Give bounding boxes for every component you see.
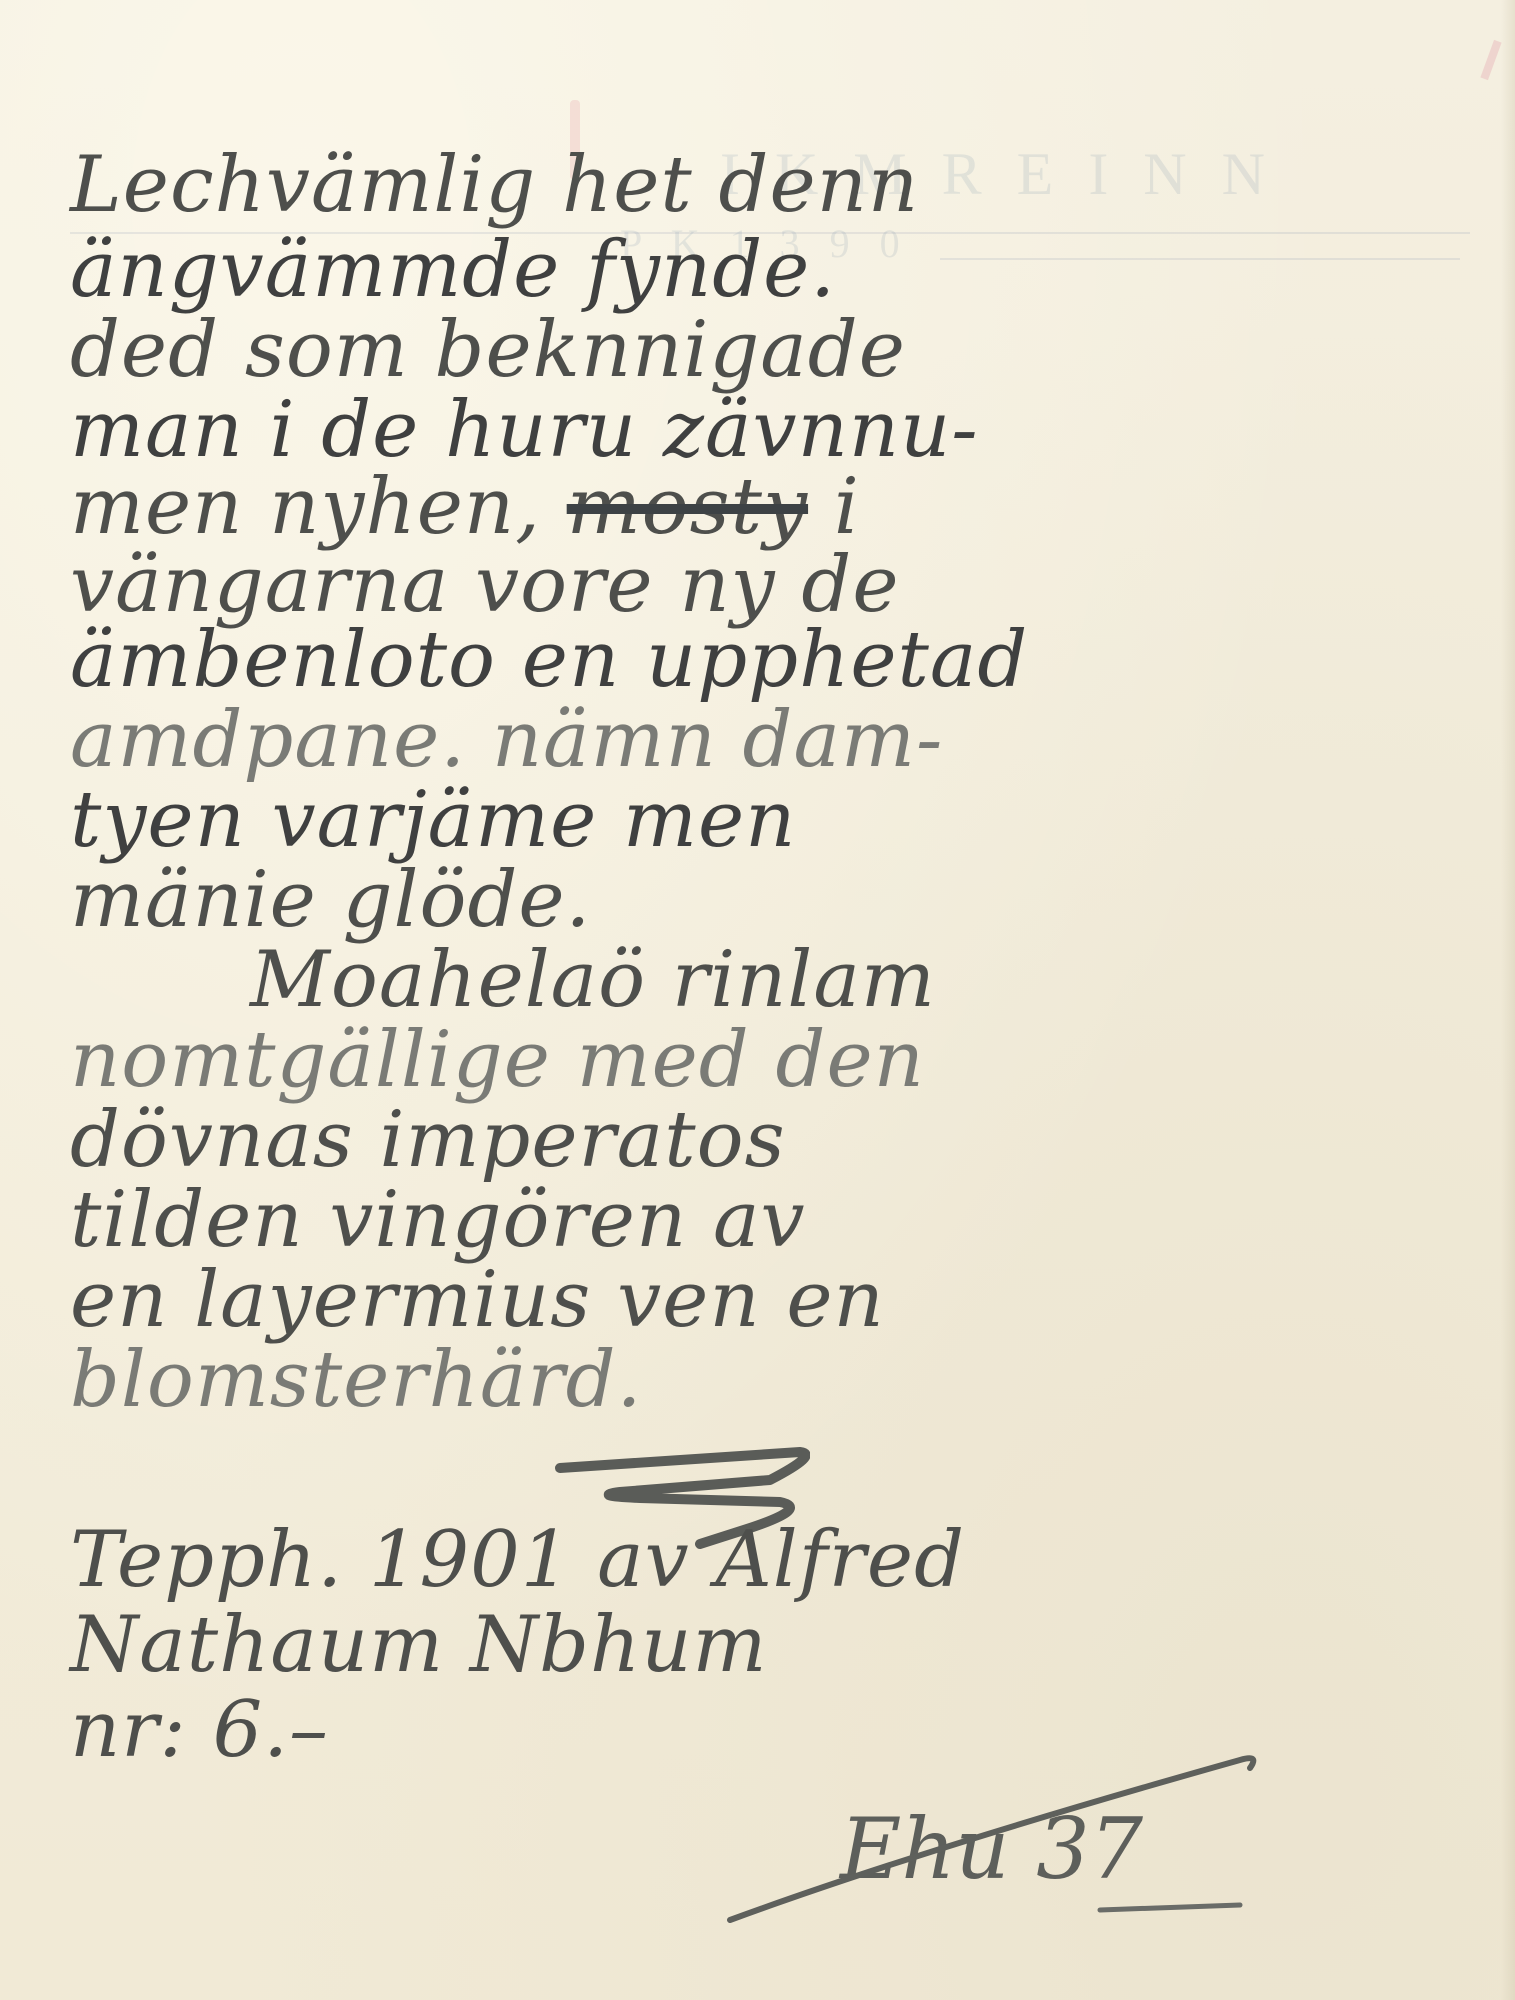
body-line-2: ängvämmde fynde. xyxy=(70,225,836,315)
body-line-5-after: i xyxy=(834,462,860,552)
body-line-14: tilden vingören av xyxy=(70,1175,806,1265)
body-line-5-text: men nyhen, xyxy=(70,462,541,552)
signature-slash-icon xyxy=(720,1740,1280,1940)
body-line-11-indented: Moahelaö rinlam xyxy=(250,935,936,1025)
body-line-9: tyen varjäme men xyxy=(70,775,796,865)
body-line-8: amdpane. nämn dam- xyxy=(70,695,943,785)
footer-line-2: Nathaum Nbhum xyxy=(70,1600,767,1690)
body-line-10: mänie glöde. xyxy=(70,855,591,945)
page-edge-shadow xyxy=(1501,0,1515,2000)
body-line-3: ded som beknnigade xyxy=(70,305,906,395)
body-line-1: Lechvämlig het denn xyxy=(70,140,919,230)
body-line-7: ämbenloto en upphetad xyxy=(70,615,1028,705)
bleed-rule-2 xyxy=(940,258,1460,260)
body-line-16: blomsterhärd. xyxy=(70,1335,642,1425)
footer-line-1: Tepph. 1901 av Alfred xyxy=(70,1515,965,1605)
struck-word: mosty xyxy=(567,462,808,552)
body-line-15: en layermius ven en xyxy=(70,1255,885,1345)
footer-line-3: nr: 6.– xyxy=(70,1685,329,1775)
body-line-13: dövnas imperatos xyxy=(70,1095,786,1185)
body-line-5: men nyhen, mosty i xyxy=(70,462,860,552)
body-line-12: nomtgällige med den xyxy=(70,1015,925,1105)
